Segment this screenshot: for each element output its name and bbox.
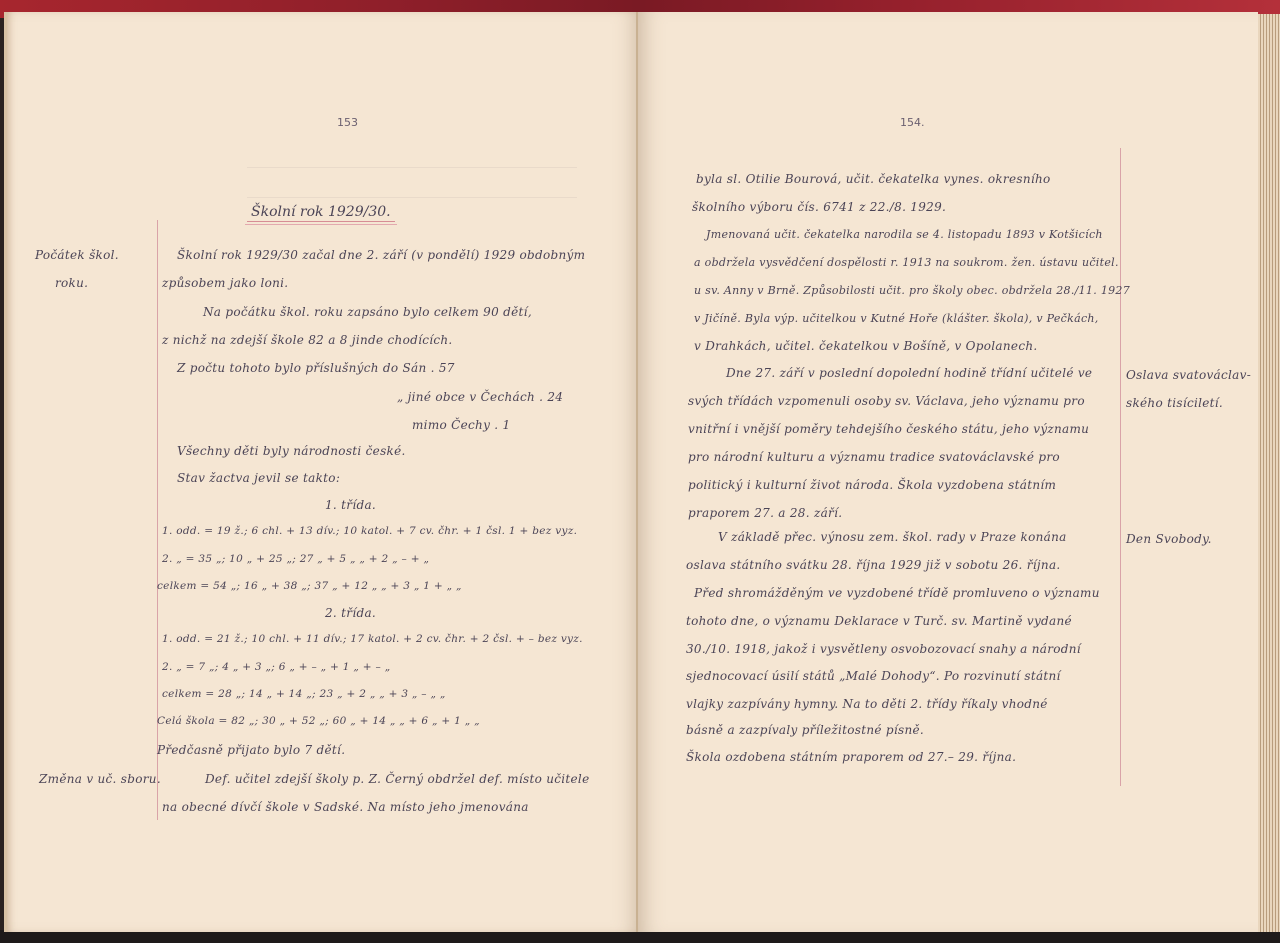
text-line: a obdržela vysvědčení dospělosti r. 1913… [694,256,1119,269]
class-heading: 1. třída. [325,498,376,512]
text-line: pro národní kulturu a významu tradice sv… [688,450,1060,464]
class-row: 1. odd. = 21 ž.; 10 chl. + 11 dív.; 17 k… [162,633,583,645]
text-line: Školní rok 1929/30 začal dne 2. září (v … [177,248,585,262]
text-line: na obecné dívčí škole v Sadské. Na místo… [162,800,529,814]
text-line: Všechny děti byly národnosti české. [177,444,406,458]
text-line: „ jiné obce v Čechách . 24 [397,390,563,404]
text-line: politický i kulturní život národa. Škola… [688,478,1056,492]
text-line: 30./10. 1918, jakož i vysvětleny osvoboz… [686,642,1081,656]
page-title: Školní rok 1929/30. [247,204,395,222]
text-line: u sv. Anny v Brně. Způsobilosti učit. pr… [694,284,1130,297]
text-line: Jmenovaná učit. čekatelka narodila se 4.… [706,228,1103,241]
margin-rule [1120,148,1121,786]
text-line: Před shromážděným ve vyzdobené třídě pro… [694,586,1100,600]
text-line: školního výboru čís. 6741 z 22./8. 1929. [692,200,946,214]
class-row: celkem = 28 „; 14 „ + 14 „; 23 „ + 2 „ „… [162,688,446,700]
text-line: praporem 27. a 28. září. [688,506,842,520]
class-row-total: Celá škola = 82 „; 30 „ + 52 „; 60 „ + 1… [157,715,480,727]
margin-note-freedom-day: Den Svobody. [1126,532,1212,546]
text-line: v Drahkách, učitel. čekatelkou v Bošíně,… [694,339,1037,353]
text-line: vlajky zazpívány hymny. Na to děti 2. tř… [686,697,1048,711]
text-line: Dne 27. září v poslední dopolední hodině… [726,366,1092,380]
text-line: Škola ozdobena státním praporem od 27.– … [686,750,1016,764]
text-line: tohoto dne, o významu Deklarace v Turč. … [686,614,1072,628]
text-line: Stav žactva jevil se takto: [177,471,340,485]
margin-note-staff-change: Změna v uč. sboru. [39,772,161,786]
text-line: oslava státního svátku 28. října 1929 ji… [686,558,1061,572]
text-line: způsobem jako loni. [162,276,288,290]
text-line: sjednocovací úsilí států „Malé Dohody“. … [686,669,1061,683]
left-page: 153 Školní rok 1929/30. Počátek škol. ro… [4,12,640,932]
right-page: 154. byla sl. Otilie Bourová, učit. čeka… [638,12,1258,932]
margin-note-st-wenceslas: Oslava svatováclav- [1126,368,1251,382]
text-line: Z počtu tohoto bylo příslušných do Sán .… [177,361,455,375]
text-line: mimo Čechy . 1 [412,418,510,432]
text-line: Def. učitel zdejší školy p. Z. Černý obd… [205,772,589,786]
text-line: v Jičíně. Byla výp. učitelkou v Kutné Ho… [694,312,1099,325]
text-line: V základě přec. výnosu zem. škol. rady v… [718,530,1067,544]
text-line: vnitřní i vnější poměry tehdejšího české… [688,422,1089,436]
class-row: 1. odd. = 19 ž.; 6 chl. + 13 dív.; 10 ka… [162,525,577,537]
margin-rule [157,220,158,820]
margin-note-school-year-start-cont: roku. [55,276,88,290]
text-line: Předčasně přijato bylo 7 dětí. [157,743,345,757]
margin-note-st-wenceslas-cont: ského tisíciletí. [1126,396,1223,410]
margin-note-school-year-start: Počátek škol. [35,248,119,262]
text-line: básně a zazpívaly příležitostné písně. [686,723,924,737]
class-row: 2. „ = 35 „; 10 „ + 25 „; 27 „ + 5 „ „ +… [162,553,429,565]
class-row: celkem = 54 „; 16 „ + 38 „; 37 „ + 12 „ … [157,580,462,592]
text-line: svých třídách vzpomenuli osoby sv. Václa… [688,394,1085,408]
ink-bleed-through [247,197,577,198]
page-number: 154. [900,116,925,129]
class-row: 2. „ = 7 „; 4 „ + 3 „; 6 „ + – „ + 1 „ +… [162,661,390,673]
class-heading: 2. třída. [325,606,376,620]
text-line: Na počátku škol. roku zapsáno bylo celke… [203,305,532,319]
ink-bleed-through [247,167,577,168]
page-number: 153 [337,116,358,129]
book-page-edges [1258,14,1280,932]
text-line: byla sl. Otilie Bourová, učit. čekatelka… [696,172,1051,186]
text-line: z nichž na zdejší škole 82 a 8 jinde cho… [162,333,453,347]
